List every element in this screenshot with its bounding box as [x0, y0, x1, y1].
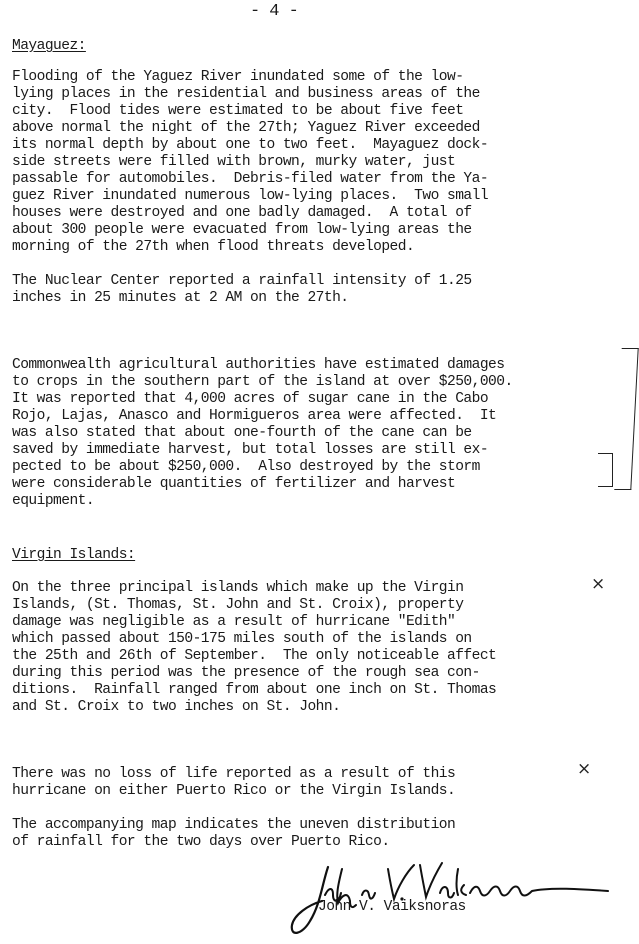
text-line: damage was negligible as a result of hur… [12, 614, 455, 631]
text-line: morning of the 27th when flood threats d… [12, 239, 414, 256]
text-line: of rainfall for the two days over Puerto… [12, 834, 390, 851]
section-heading-mayaguez: Mayaguez: [12, 38, 86, 55]
text-line: Flooding of the Yaguez River inundated s… [12, 69, 463, 86]
text-line: above normal the night of the 27th; Yagu… [12, 120, 480, 137]
text-line: the 25th and 26th of September. The only… [12, 648, 496, 665]
margin-x-mark: × [591, 574, 605, 594]
text-line: were considerable quantities of fertiliz… [12, 476, 455, 493]
page-number: - 4 - [250, 2, 298, 21]
text-line: city. Flood tides were estimated to be a… [12, 103, 463, 120]
text-line: saved by immediate harvest, but total lo… [12, 442, 488, 459]
text-line: The Nuclear Center reported a rainfall i… [12, 273, 472, 290]
margin-x-mark: × [577, 759, 591, 779]
text-line: houses were destroyed and one badly dama… [12, 205, 472, 222]
text-line: about 300 people were evacuated from low… [12, 222, 472, 239]
text-line: It was reported that 4,000 acres of suga… [12, 391, 488, 408]
text-line: which passed about 150-175 miles south o… [12, 631, 472, 648]
text-line: ditions. Rainfall ranged from about one … [12, 682, 496, 699]
text-line: hurricane on either Puerto Rico or the V… [12, 783, 455, 800]
typed-signature-name: John V. Vaiksnoras [318, 899, 466, 916]
text-line: passable for automobiles. Debris-filed w… [12, 171, 488, 188]
text-line: and St. Croix to two inches on St. John. [12, 699, 340, 716]
text-line: There was no loss of life reported as a … [12, 766, 455, 783]
margin-bracket-mark [614, 348, 638, 490]
text-line: Rojo, Lajas, Anasco and Hormigueros area… [12, 408, 496, 425]
text-line: side streets were filled with brown, mur… [12, 154, 455, 171]
text-line: Commonwealth agricultural authorities ha… [12, 357, 504, 374]
text-line: equipment. [12, 493, 94, 510]
text-line: guez River inundated numerous low-lying … [12, 188, 488, 205]
text-line: pected to be about $250,000. Also destro… [12, 459, 480, 476]
section-heading-virgin-islands: Virgin Islands: [12, 547, 135, 564]
text-line: its normal depth by about one to two fee… [12, 137, 488, 154]
text-line: to crops in the southern part of the isl… [12, 374, 513, 391]
text-line: Islands, (St. Thomas, St. John and St. C… [12, 597, 463, 614]
margin-bracket-mark-small [598, 453, 613, 487]
text-line: On the three principal islands which mak… [12, 580, 463, 597]
text-line: inches in 25 minutes at 2 AM on the 27th… [12, 290, 349, 307]
text-line: was also stated that about one-fourth of… [12, 425, 472, 442]
text-line: The accompanying map indicates the uneve… [12, 817, 455, 834]
text-line: during this period was the presence of t… [12, 665, 480, 682]
text-line: lying places in the residential and busi… [12, 86, 480, 103]
document-page: - 4 - Mayaguez: Flooding of the Yaguez R… [0, 0, 639, 944]
